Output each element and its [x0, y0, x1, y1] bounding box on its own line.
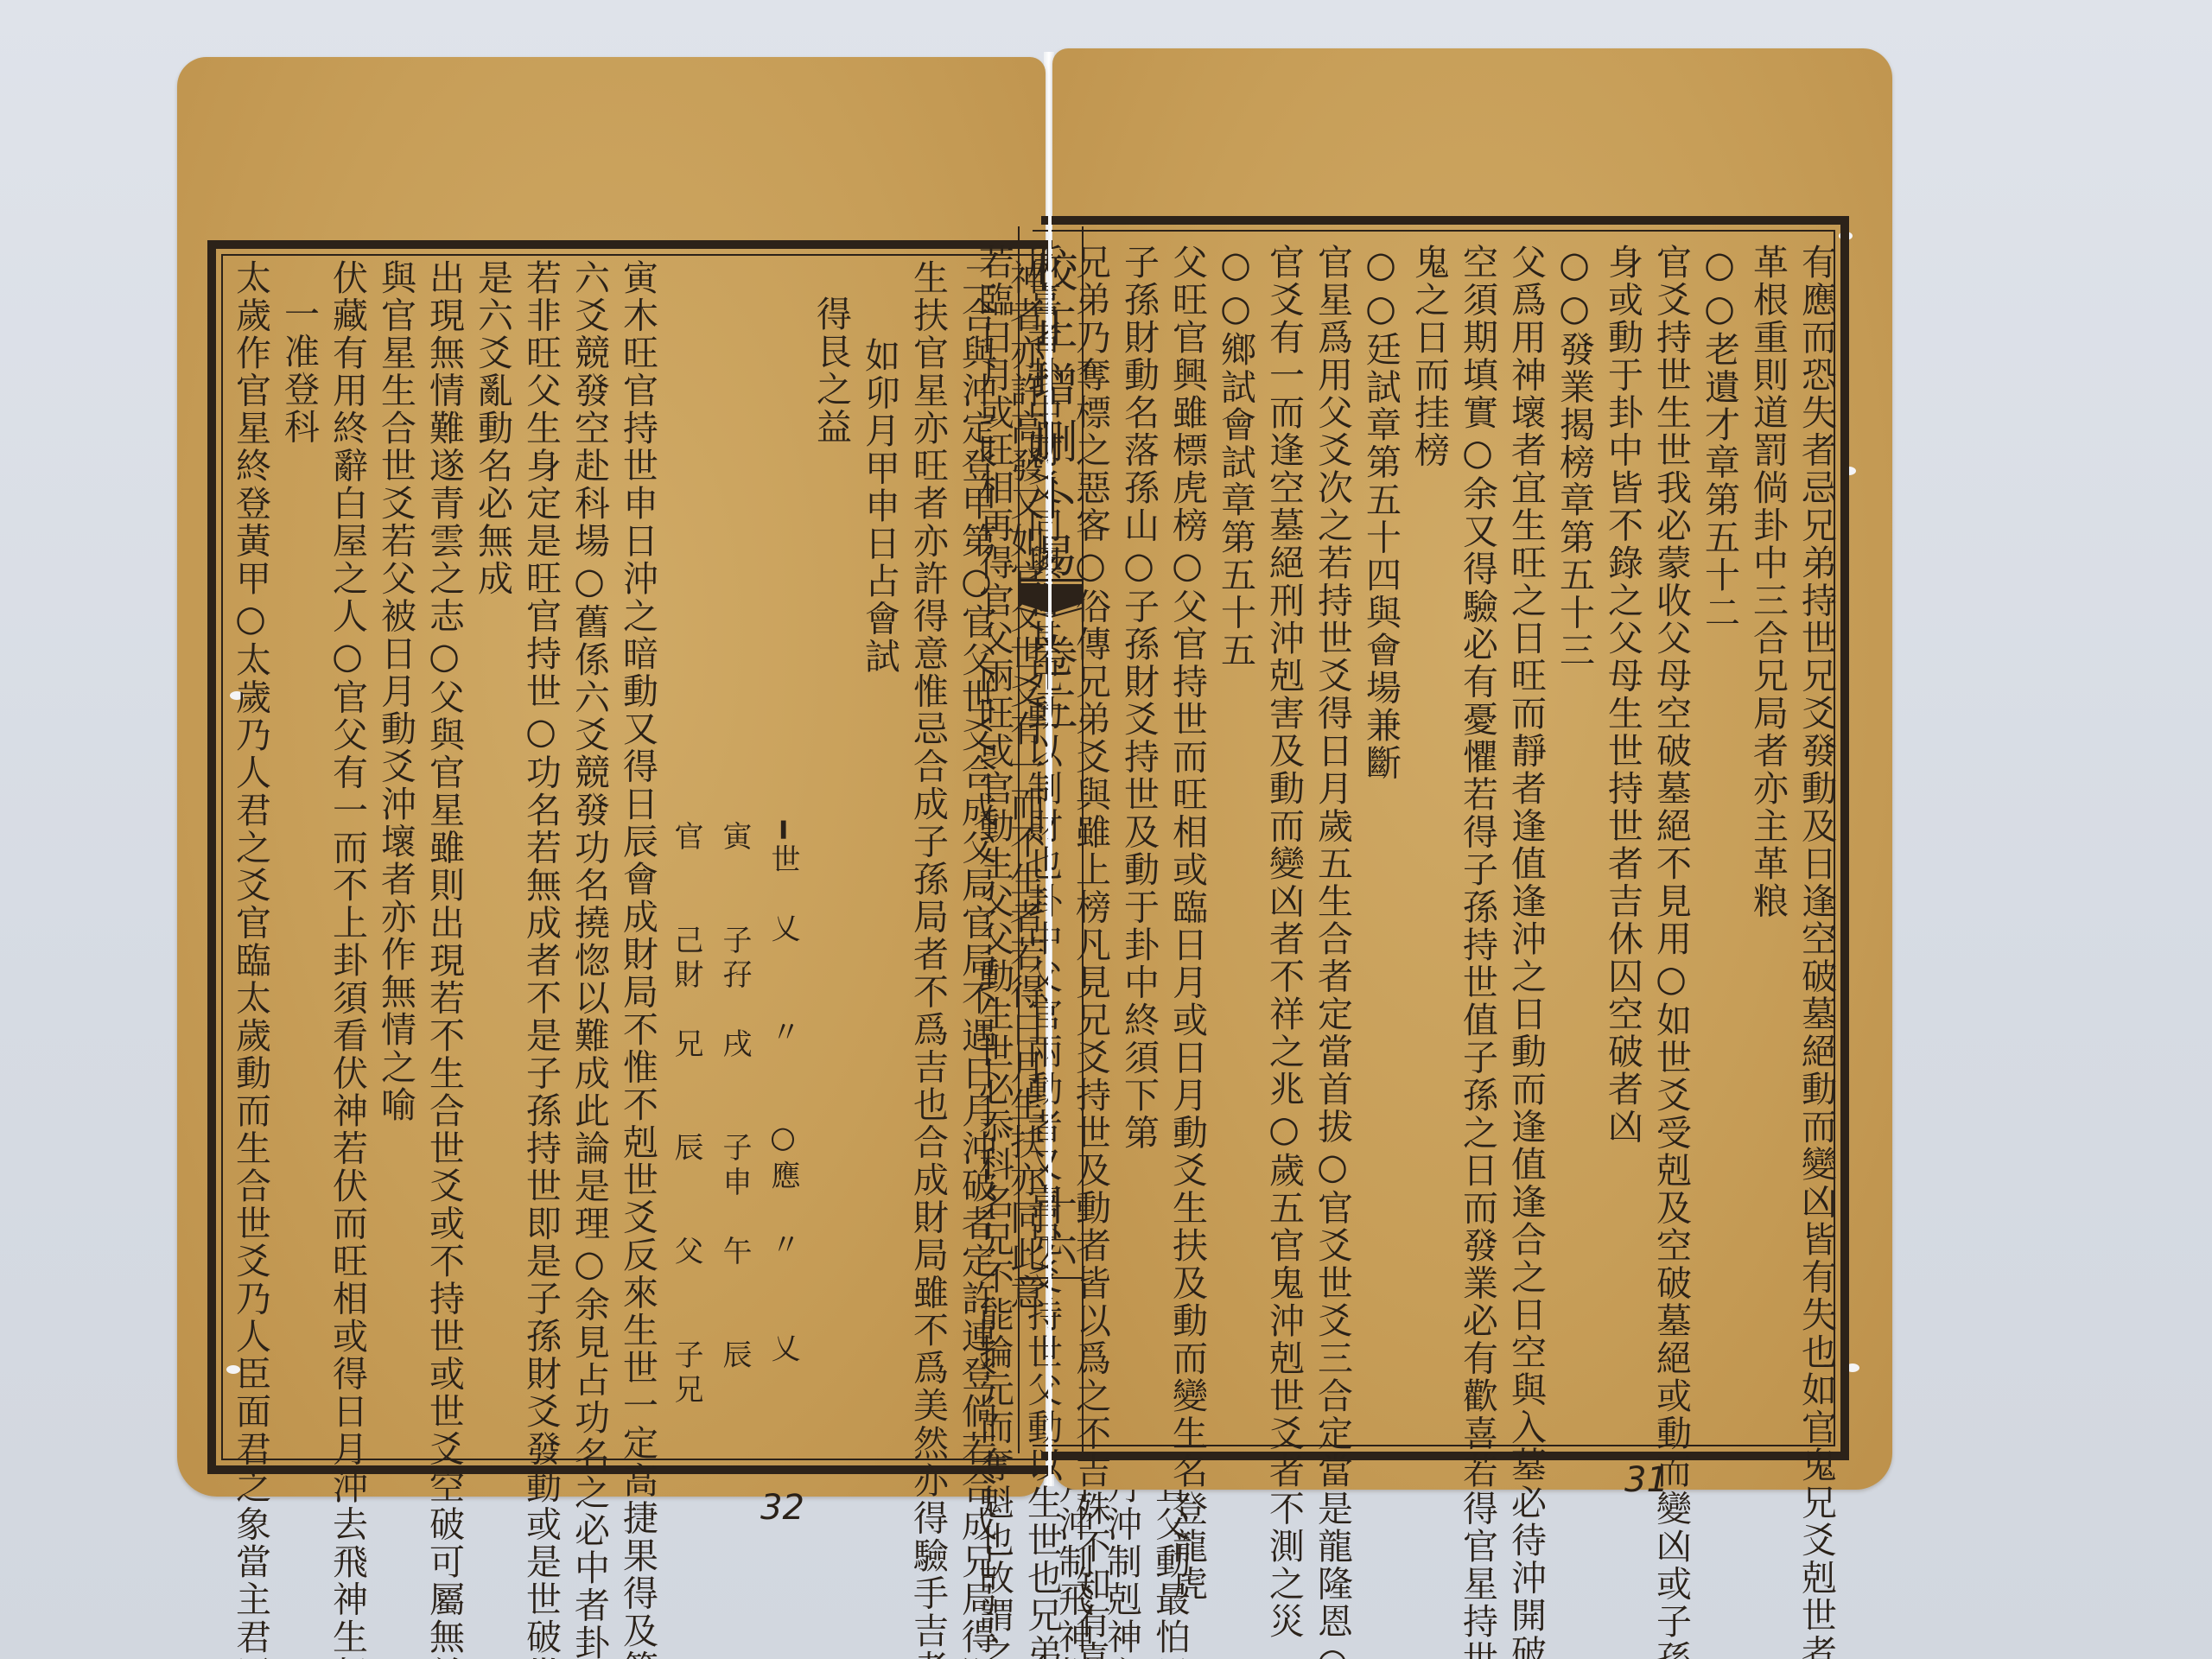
example-hexagram-name: 得艮之益	[807, 259, 855, 1460]
page-number-left: 32	[760, 1488, 804, 1528]
text-column: 是六爻亂動名必無成	[468, 259, 517, 1460]
hexagram-branch: 子申	[717, 1132, 752, 1201]
text-column: 若臨日月或旺相再得官父兩旺或官動生父父動生世必忝科名兄不能掄元而奪魁也故謂之兄弟	[969, 244, 1018, 1453]
text-column: 革根重則道罰倘卦中三合兄局者亦主革粮	[1744, 244, 1792, 1453]
hexagram-relation: 父	[669, 1236, 703, 1270]
chapter-heading: ○○老遺才章第五十二	[1695, 244, 1744, 1453]
hexagram-branch: 子孖	[717, 925, 752, 994]
text-column: 若非旺父生身定是旺官持世○功名若無成者不是子孫持世即是子孫財爻發動或是世破世空或	[517, 259, 565, 1460]
page-number-right: 31	[1624, 1460, 1669, 1500]
hexagram-branch: 午	[717, 1236, 752, 1270]
text-column: 出現無情難遂青雲之志○父與官星雖則出現若不生合世爻或不持世或世爻空破可屬無益○父	[420, 259, 468, 1460]
text-column: 官爻有一而逢空墓絕刑沖剋害及動而變凶者不祥之兆○歲五官鬼沖剋世爻者不測之災	[1260, 244, 1308, 1453]
text-column: 父旺官興雖標虎榜○父官持世而旺相或臨日月或日月動爻生扶及動而變生名登龍虎	[1163, 244, 1211, 1453]
text-column: 鬼之日而挂榜	[1405, 244, 1453, 1453]
text-column: 與官星生合世爻若父被日月動爻沖壞者亦作無情之喻	[372, 259, 420, 1460]
text-column: 空須期填實○余又得驗必有憂懼若得子孫持世值子孫之日而發業必有歡喜若得官星持世逢官	[1453, 244, 1502, 1453]
hexagram-line-mark: ━	[766, 821, 800, 843]
text-column: 一准登科	[275, 259, 323, 1460]
hexagram-relation: 辰	[669, 1132, 703, 1166]
hexagram-branch: 寅	[717, 821, 752, 855]
hexagram-relations: 官 己財 兄 辰 父 子兄	[662, 259, 710, 1460]
chapter-heading: ○○鄉試會試章第五十五	[1211, 244, 1260, 1453]
fold-tear	[1048, 216, 1052, 1486]
hexagram-branches: 寅 子孖 戌 子申 午 辰	[710, 259, 759, 1460]
hexagram-marks: ━世 乂 〃 ○應 〃 乂	[759, 259, 807, 1460]
response-line-label: 應	[766, 1160, 800, 1194]
chapter-heading: ○○發業揭榜章第五十三	[1550, 244, 1599, 1453]
text-column: 六爻競發空赴科場○舊係六爻競發功名撓惚以難成此論是理○余見占功名之必中者卦象一成	[565, 259, 613, 1460]
hexagram-relation: 己財	[669, 925, 703, 994]
text-column: 生扶官星亦旺者亦許得意惟忌合成子孫局者不爲吉也合成財局雖不爲美然亦得驗手吉者	[904, 259, 952, 1460]
text-column: 官爻持世生世我必蒙收父母空破墓絕不見用○如世爻受剋及空破墓絕或動而變凶或子孫持	[1647, 244, 1695, 1453]
text-column: 伏藏有用終辭白屋之人○官父有一而不上卦須看伏神若伏而旺相或得日月沖去飛神生起伏神	[323, 259, 372, 1460]
hexagram-line-mark: 〃	[766, 1016, 800, 1051]
example-heading: 如卯月甲申日占會試	[855, 259, 904, 1460]
world-line-label: 世	[766, 843, 800, 878]
text-column: 官星爲用父爻次之若持世爻得日月歲五生合者定當首拔○官爻世爻三合定當是龍隆恩○世與	[1308, 244, 1357, 1453]
hexagram-palace: 官	[669, 821, 703, 855]
text-column: 子孫財動名落孫山○子孫財爻持世及動于卦中終須下第	[1115, 244, 1163, 1453]
text-column: 太歲作官星終登黃甲○太歲乃人君之爻官臨太歲動而生合世爻乃人臣面君之象當主君臣契合	[226, 259, 275, 1460]
hexagram-line-mark: 乂	[766, 1332, 800, 1367]
hexagram-branch: 辰	[717, 1339, 752, 1374]
hexagram-relation: 子兄	[669, 1339, 703, 1408]
text-column: 父爲用神壞者宜生旺之日旺而靜者逢值逢沖之日動而逢值逢合之日空與入墓必待沖開破與剋	[1502, 244, 1550, 1453]
hexagram-branch: 戌	[717, 1028, 752, 1063]
text-column: 身或動于卦中皆不錄之父母生世持世者吉休囚空破者凶	[1599, 244, 1647, 1453]
text-column: 寅木旺官持世申日沖之暗動又得日辰會成財局不惟不剋世爻反來生世一定高捷果得及第	[613, 259, 662, 1460]
hexagram-line-mark: ○	[766, 1120, 800, 1160]
hexagram-relation: 兄	[669, 1028, 703, 1063]
chapter-heading: ○○廷試章第五十四與會場兼斷	[1357, 244, 1405, 1453]
hexagram-line-mark: 〃	[766, 1229, 800, 1263]
hexagram-line-mark: 乂	[766, 912, 800, 947]
right-page-text: 有應而恐失者忌兄弟持世兄爻發動及日逢空破墓絕動而變凶皆有失也如官鬼兄爻剋世者輕則…	[969, 244, 1840, 1453]
text-column: 有應而恐失者忌兄弟持世兄爻發動及日逢空破墓絕動而變凶皆有失也如官鬼兄爻剋世者輕則	[1792, 244, 1840, 1453]
